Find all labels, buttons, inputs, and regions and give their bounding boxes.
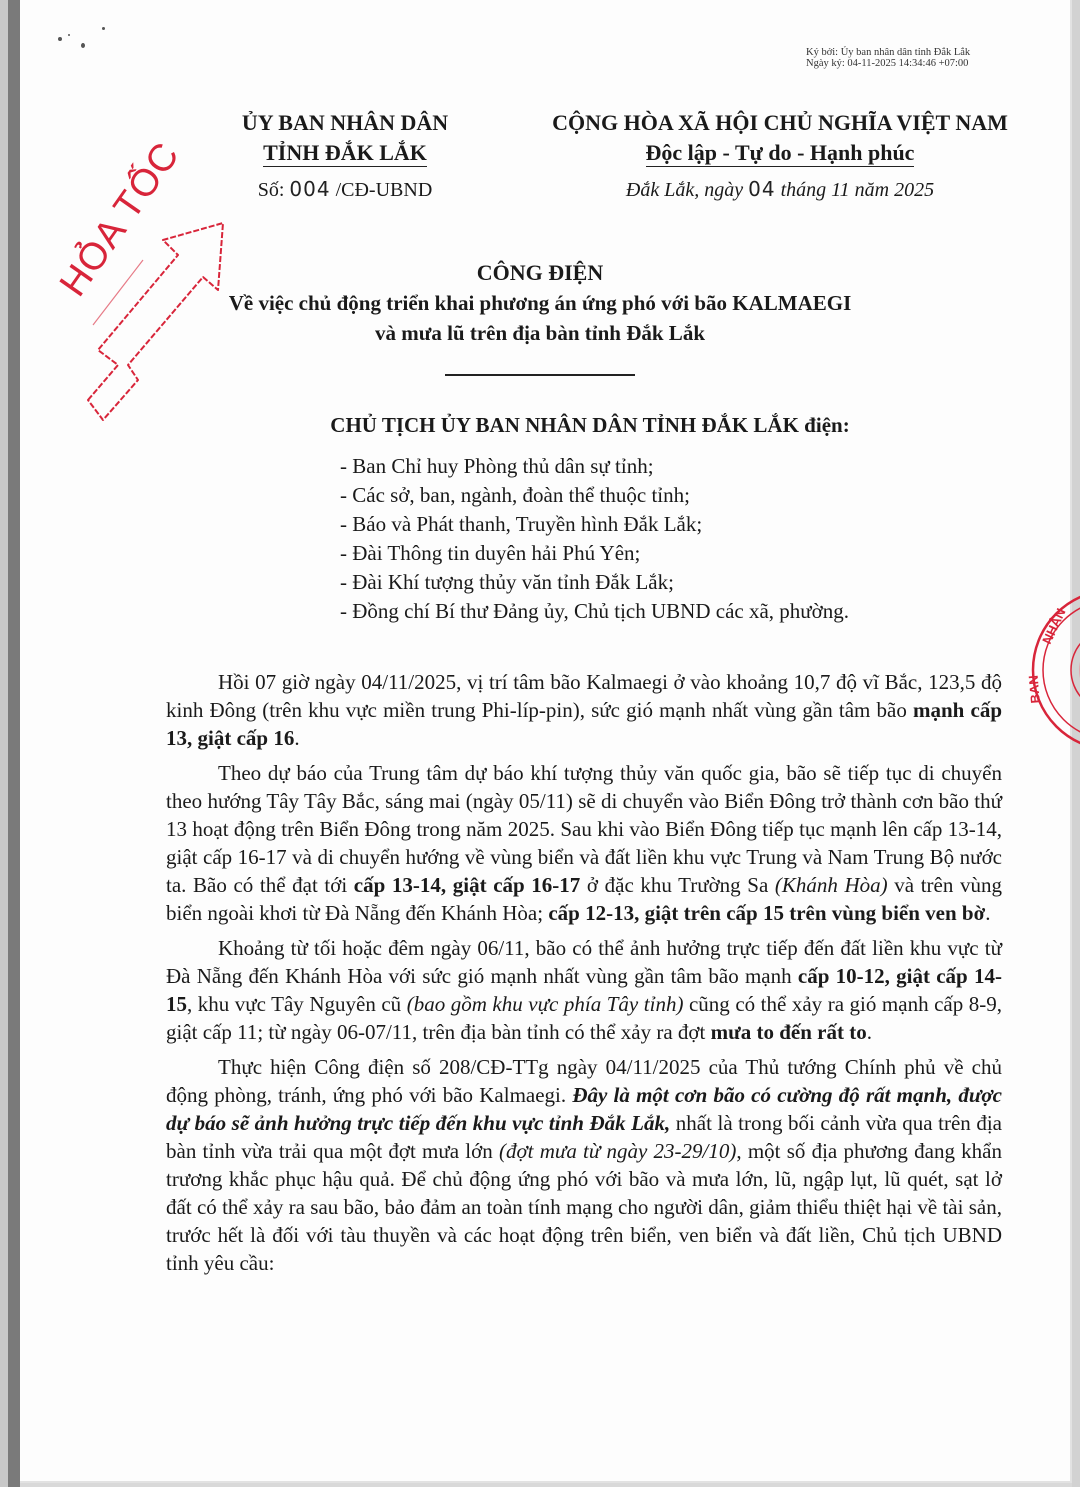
recipient-item: - Các sở, ban, ngành, đoàn thể thuộc tỉn… [340, 481, 849, 510]
scan-shadow [8, 0, 20, 1487]
signed-date: Ngày ký: 04-11-2025 14:34:46 +07:00 [806, 58, 970, 69]
number-handwritten: 004 [289, 177, 330, 201]
emphasis-text: mạnh cấp 13, giật cấp 16 [166, 698, 1002, 750]
digital-signature: Ký bởi: Ủy ban nhân dân tỉnh Đắk Lắk Ngà… [806, 47, 970, 69]
emphasis-text: cấp 12-13, giật trên cấp 15 trên vùng bi… [548, 901, 985, 925]
day-handwritten: 04 [748, 177, 775, 201]
body-paragraph: Khoảng từ tối hoặc đêm ngày 06/11, bão c… [166, 934, 1002, 1046]
body-paragraph: Hồi 07 giờ ngày 04/11/2025, vị trí tâm b… [166, 668, 1002, 752]
recipient-item: - Báo và Phát thanh, Truyền hình Đắk Lắk… [340, 510, 849, 539]
issuer-line2: TỈNH ĐẮK LẮK [195, 138, 495, 168]
document-type: CÔNG ĐIỆN [0, 258, 1080, 288]
title-divider [445, 374, 635, 376]
country-name: CỘNG HÒA XÃ HỘI CHỦ NGHĨA VIỆT NAM [530, 108, 1030, 138]
motto: Độc lập - Tự do - Hạnh phúc [530, 138, 1030, 168]
issuer-block: ỦY BAN NHÂN DÂN TỈNH ĐẮK LẮK Số: 004 /CĐ… [195, 108, 495, 205]
national-motto-block: CỘNG HÒA XÃ HỘI CHỦ NGHĨA VIỆT NAM Độc l… [530, 108, 1030, 205]
recipient-item: - Đài Khí tượng thủy văn tỉnh Đắk Lắk; [340, 568, 849, 597]
issue-date: Đắk Lắk, ngày 04 tháng 11 năm 2025 [530, 174, 1030, 205]
emphasis-text: (đợt mưa từ ngày 23-29/10) [499, 1139, 736, 1163]
official-seal-icon: NHÂN BAN [1028, 585, 1080, 755]
body-paragraph: Theo dự báo của Trung tâm dự báo khí tượ… [166, 759, 1002, 927]
signed-by: Ký bởi: Ủy ban nhân dân tỉnh Đắk Lắk [806, 47, 970, 58]
emphasis-text: mưa to đến rất to [711, 1020, 867, 1044]
emphasis-text: (bao gồm khu vực phía Tây tỉnh) [407, 992, 684, 1016]
svg-text:BAN: BAN [1028, 675, 1043, 704]
emphasis-text: (Khánh Hòa) [775, 873, 888, 897]
issuer-line1: ỦY BAN NHÂN DÂN [195, 108, 495, 138]
emphasis-text: cấp 13-14, giật cấp 16-17 [354, 873, 581, 897]
body-paragraph: Thực hiện Công điện số 208/CĐ-TTg ngày 0… [166, 1053, 1002, 1277]
subject-line1: Về việc chủ động triển khai phương án ứn… [0, 288, 1080, 318]
document-number: Số: 004 /CĐ-UBND [195, 174, 495, 205]
subject-line2: và mưa lũ trên địa bàn tỉnh Đắk Lắk [0, 318, 1080, 348]
recipient-item: - Ban Chỉ huy Phòng thủ dân sự tỉnh; [340, 452, 849, 481]
document-title-block: CÔNG ĐIỆN Về việc chủ động triển khai ph… [0, 258, 1080, 376]
recipient-list: - Ban Chỉ huy Phòng thủ dân sự tỉnh; - C… [340, 452, 849, 626]
recipient-item: - Đồng chí Bí thư Đảng ủy, Chủ tịch UBND… [340, 597, 849, 626]
recipient-item: - Đài Thông tin duyên hải Phú Yên; [340, 539, 849, 568]
emphasis-text: Đây là một cơn bão có cường độ rất mạnh,… [166, 1083, 1002, 1135]
svg-text:NHÂN: NHÂN [1039, 606, 1068, 646]
addressee-heading: CHỦ TỊCH ỦY BAN NHÂN DÂN TỈNH ĐẮK LẮK đi… [0, 410, 1080, 440]
document-body: Hồi 07 giờ ngày 04/11/2025, vị trí tâm b… [166, 668, 1002, 1284]
